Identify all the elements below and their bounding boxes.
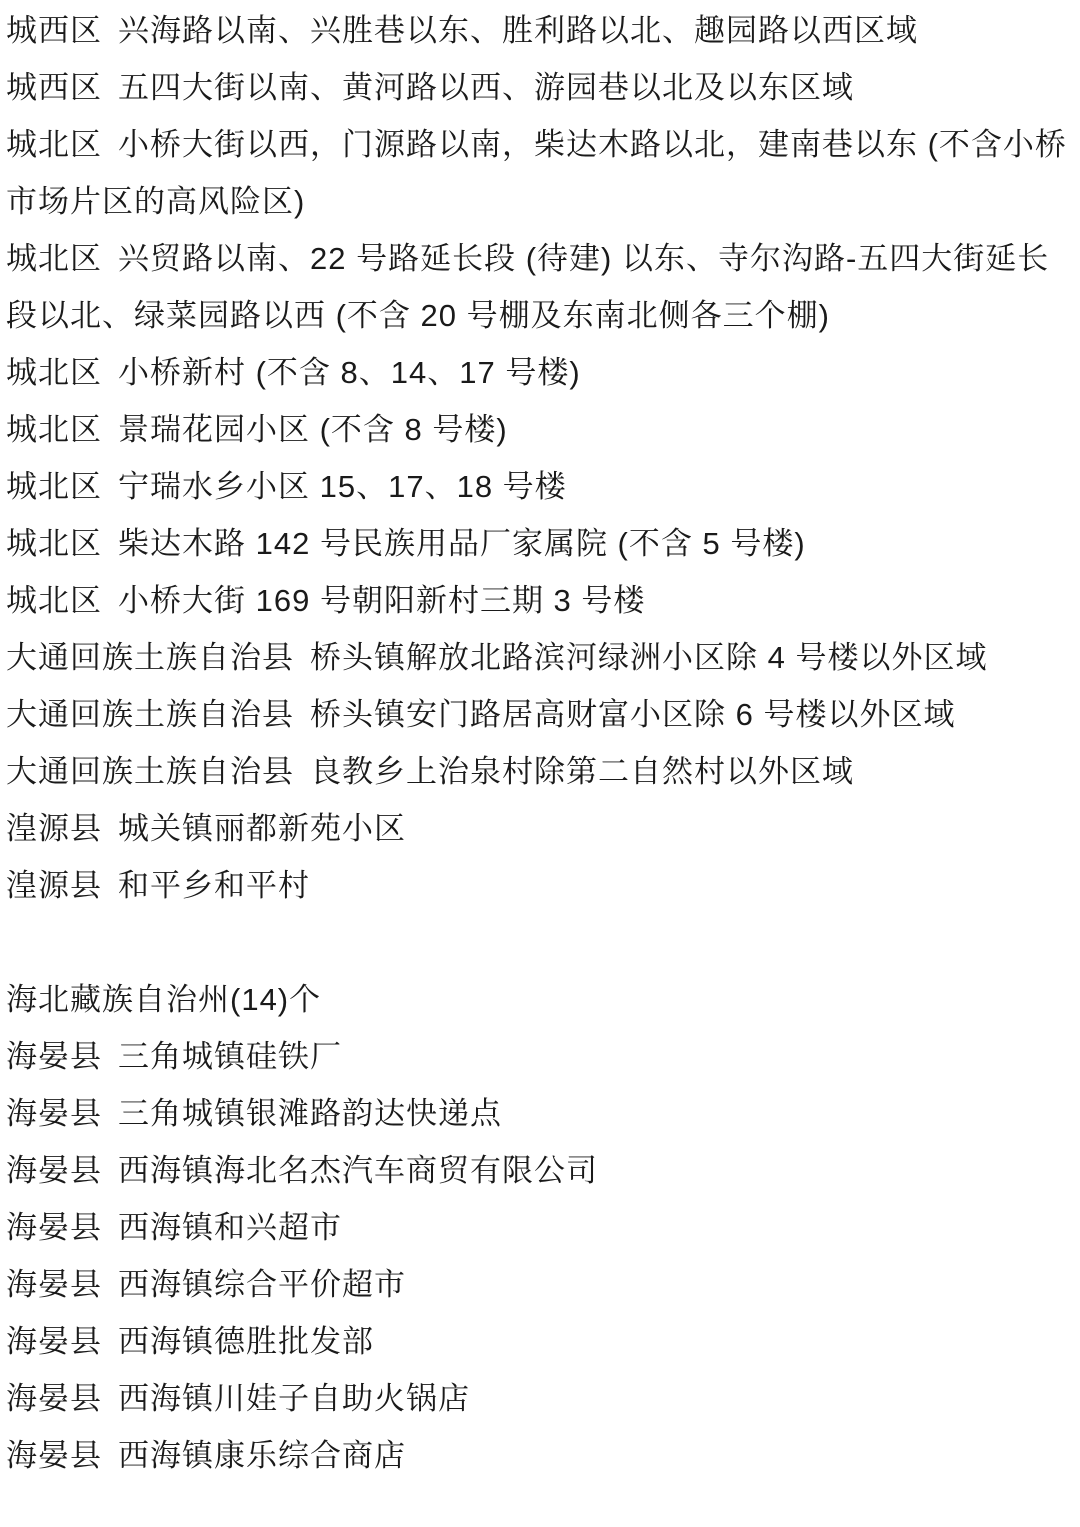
region-label: 城北区: [6, 526, 102, 561]
area-detail: 城关镇丽都新苑小区: [118, 811, 406, 846]
area-entry: 城北区柴达木路 142 号民族用品厂家属院 (不含 5 号楼): [6, 515, 1070, 572]
area-detail: 宁瑞水乡小区 15、17、18 号楼: [118, 469, 567, 504]
region-label: 湟源县: [6, 868, 102, 903]
area-detail: 小桥大街 169 号朝阳新村三期 3 号楼: [118, 583, 645, 618]
area-entry: 大通回族土族自治县桥头镇安门路居高财富小区除 6 号楼以外区域: [6, 686, 1070, 743]
risk-area-document: 城西区兴海路以南、兴胜巷以东、胜利路以北、趣园路以西区域城西区五四大街以南、黄河…: [0, 0, 1080, 1527]
area-detail: 西海镇海北名杰汽车商贸有限公司: [118, 1153, 598, 1188]
area-detail: 三角城镇银滩路韵达快递点: [118, 1096, 502, 1131]
region-label: 城西区: [6, 13, 102, 48]
area-entry: 湟源县城关镇丽都新苑小区: [6, 800, 1070, 857]
area-entry: 城北区小桥大街 169 号朝阳新村三期 3 号楼: [6, 572, 1070, 629]
area-entry: 海晏县西海镇川娃子自助火锅店: [6, 1370, 1070, 1427]
area-entry: 大通回族土族自治县桥头镇解放北路滨河绿洲小区除 4 号楼以外区域: [6, 629, 1070, 686]
region-label: 海晏县: [6, 1438, 102, 1473]
area-detail: 五四大街以南、黄河路以西、游园巷以北及以东区域: [118, 70, 854, 105]
area-entry: 城北区景瑞花园小区 (不含 8 号楼): [6, 401, 1070, 458]
area-detail: 小桥大街以西，门源路以南，柴达木路以北，建南巷以东 (不含小桥市场片区的高风险区…: [6, 127, 1067, 219]
region-label: 城北区: [6, 355, 102, 390]
area-entry: 城北区小桥大街以西，门源路以南，柴达木路以北，建南巷以东 (不含小桥市场片区的高…: [6, 116, 1070, 230]
area-detail: 良教乡上治泉村除第二自然村以外区域: [310, 754, 854, 789]
area-entry: 海晏县西海镇综合平价超市: [6, 1256, 1070, 1313]
area-detail: 小桥新村 (不含 8、14、17 号楼): [118, 355, 581, 390]
area-detail: 柴达木路 142 号民族用品厂家属院 (不含 5 号楼): [118, 526, 806, 561]
area-entry: 湟源县和平乡和平村: [6, 857, 1070, 914]
region-label: 城北区: [6, 412, 102, 447]
region-label: 城北区: [6, 127, 102, 162]
area-entry: 海晏县西海镇德胜批发部: [6, 1313, 1070, 1370]
area-entry: 城西区五四大街以南、黄河路以西、游园巷以北及以东区域: [6, 59, 1070, 116]
region-label: 海晏县: [6, 1267, 102, 1302]
region-label: 海晏县: [6, 1381, 102, 1416]
blank-line: [6, 914, 1070, 971]
area-detail: 西海镇川娃子自助火锅店: [118, 1381, 470, 1416]
area-detail: 西海镇和兴超市: [118, 1210, 342, 1245]
region-label: 海晏县: [6, 1324, 102, 1359]
region-label: 城西区: [6, 70, 102, 105]
region-label: 城北区: [6, 583, 102, 618]
region-label: 湟源县: [6, 811, 102, 846]
area-detail: 桥头镇安门路居高财富小区除 6 号楼以外区域: [310, 697, 955, 732]
area-detail: 景瑞花园小区 (不含 8 号楼): [118, 412, 508, 447]
region-label: 海晏县: [6, 1153, 102, 1188]
area-entry: 大通回族土族自治县良教乡上治泉村除第二自然村以外区域: [6, 743, 1070, 800]
area-detail: 西海镇综合平价超市: [118, 1267, 406, 1302]
area-entry: 海晏县三角城镇银滩路韵达快递点: [6, 1085, 1070, 1142]
region-label: 海晏县: [6, 1210, 102, 1245]
area-entry: 海晏县西海镇海北名杰汽车商贸有限公司: [6, 1142, 1070, 1199]
area-detail: 和平乡和平村: [118, 868, 310, 903]
area-entry: 海晏县西海镇康乐综合商店: [6, 1427, 1070, 1484]
region-label: 海晏县: [6, 1039, 102, 1074]
region-label: 城北区: [6, 241, 102, 276]
section-header: 海北藏族自治州(14)个: [6, 971, 1070, 1028]
area-entry: 海晏县西海镇和兴超市: [6, 1199, 1070, 1256]
area-entry: 城北区小桥新村 (不含 8、14、17 号楼): [6, 344, 1070, 401]
region-label: 城北区: [6, 469, 102, 504]
area-entry: 海晏县三角城镇硅铁厂: [6, 1028, 1070, 1085]
area-detail: 西海镇德胜批发部: [118, 1324, 374, 1359]
area-detail: 西海镇康乐综合商店: [118, 1438, 406, 1473]
area-entry: 城北区兴贸路以南、22 号路延长段 (待建) 以东、寺尔沟路-五四大街延长段以北…: [6, 230, 1070, 344]
region-label: 海晏县: [6, 1096, 102, 1131]
region-label: 大通回族土族自治县: [6, 697, 294, 732]
area-entry: 城西区兴海路以南、兴胜巷以东、胜利路以北、趣园路以西区域: [6, 2, 1070, 59]
area-detail: 三角城镇硅铁厂: [118, 1039, 342, 1074]
region-label: 大通回族土族自治县: [6, 640, 294, 675]
area-detail: 桥头镇解放北路滨河绿洲小区除 4 号楼以外区域: [310, 640, 987, 675]
area-detail: 兴海路以南、兴胜巷以东、胜利路以北、趣园路以西区域: [118, 13, 918, 48]
region-label: 大通回族土族自治县: [6, 754, 294, 789]
area-detail: 兴贸路以南、22 号路延长段 (待建) 以东、寺尔沟路-五四大街延长段以北、绿菜…: [6, 241, 1049, 333]
area-list: 城西区兴海路以南、兴胜巷以东、胜利路以北、趣园路以西区域城西区五四大街以南、黄河…: [6, 2, 1070, 1484]
area-entry: 城北区宁瑞水乡小区 15、17、18 号楼: [6, 458, 1070, 515]
